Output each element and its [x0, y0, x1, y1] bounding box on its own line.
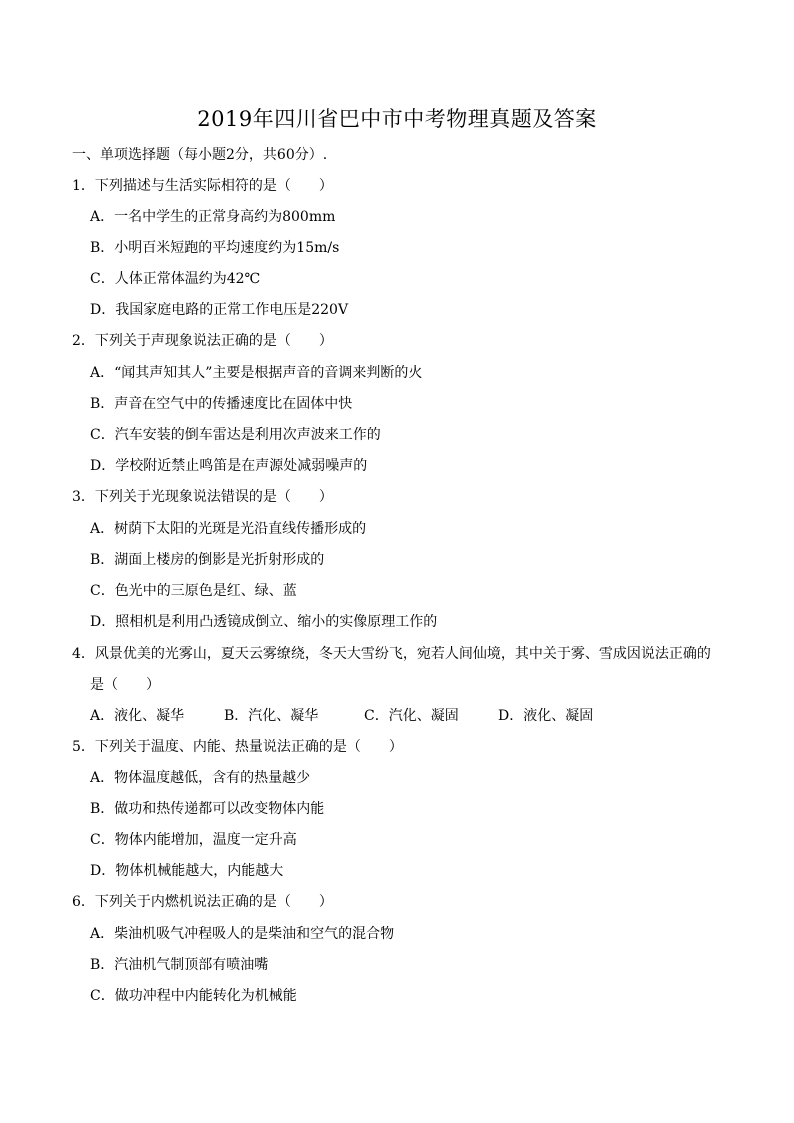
question-2-stem: 2．下列关于声现象说法正确的是（ ）: [72, 331, 333, 351]
question-5-option-b: B．做功和热传递都可以改变物体内能: [90, 799, 324, 819]
question-4-option-d: D．液化、凝固: [498, 706, 593, 726]
question-6-option-c: C．做功冲程中内能转化为机械能: [90, 986, 297, 1006]
question-3-option-c: C．色光中的三原色是红、绿、蓝: [90, 581, 297, 601]
question-2-option-c: C．汽车安装的倒车雷达是利用次声波来工作的: [90, 425, 381, 445]
question-number: 6．: [72, 894, 95, 910]
question-3-option-b: B．湖面上楼房的倒影是光折射形成的: [90, 550, 324, 570]
question-text: 下列关于声现象说法正确的是（ ）: [95, 333, 333, 349]
question-text: 风景优美的光雾山，夏天云雾缭绕，冬天大雪纷飞，宛若人间仙境，其中关于雾、雪成因说…: [95, 646, 711, 662]
question-2-option-a: A．“闻其声知其人”主要是根据声音的音调来判断的火: [90, 363, 422, 383]
question-5-option-d: D．物体机械能越大，内能越大: [90, 861, 283, 881]
question-3-option-a: A．树荫下太阳的光斑是光沿直线传播形成的: [90, 519, 366, 539]
question-text: 下列关于温度、内能、热量说法正确的是（ ）: [95, 739, 403, 755]
question-6-option-b: B．汽油机气制顶部有喷油嘴: [90, 955, 268, 975]
question-3-stem: 3．下列关于光现象说法错误的是（ ）: [72, 487, 333, 507]
document-title: 2019年四川省巴中市中考物理真题及答案: [0, 104, 794, 134]
question-4-option-a: A．液化、凝华: [90, 706, 224, 726]
section-heading: 一、单项选择题（每小题2分，共60分）.: [72, 145, 327, 165]
question-number: 3．: [72, 489, 95, 505]
question-text: 下列关于内燃机说法正确的是（ ）: [95, 894, 333, 910]
question-4-stem: 4．风景优美的光雾山，夏天云雾缭绕，冬天大雪纷飞，宛若人间仙境，其中关于雾、雪成…: [72, 644, 711, 664]
question-6-option-a: A．柴油机吸气冲程吸人的是柴油和空气的混合物: [90, 924, 394, 944]
question-number: 1．: [72, 178, 95, 194]
question-5-option-a: A．物体温度越低，含有的热量越少: [90, 768, 310, 788]
question-1-option-d: D．我国家庭电路的正常工作电压是220V: [90, 300, 348, 320]
question-number: 4．: [72, 646, 95, 662]
question-6-stem: 6．下列关于内燃机说法正确的是（ ）: [72, 892, 333, 912]
question-3-option-d: D．照相机是利用凸透镜成倒立、缩小的实像原理工作的: [90, 612, 437, 632]
question-2-option-d: D．学校附近禁止鸣笛是在声源处减弱噪声的: [90, 456, 367, 476]
question-1-option-c: C．人体正常体温约为42℃: [90, 269, 260, 289]
document-page: 2019年四川省巴中市中考物理真题及答案 一、单项选择题（每小题2分，共60分）…: [0, 0, 794, 1123]
question-5-stem: 5．下列关于温度、内能、热量说法正确的是（ ）: [72, 737, 403, 757]
question-5-option-c: C．物体内能增加，温度一定升高: [90, 830, 297, 850]
question-number: 2．: [72, 333, 95, 349]
question-text: 下列描述与生活实际相符的是（ ）: [95, 178, 333, 194]
question-4-options: A．液化、凝华B．汽化、凝华C．汽化、凝固D．液化、凝固: [90, 706, 593, 726]
question-1-option-a: A．一名中学生的正常身高约为800mm: [90, 207, 335, 227]
question-text: 下列关于光现象说法错误的是（ ）: [95, 489, 333, 505]
question-4-stem-continued: 是（ ）: [90, 675, 160, 695]
question-4-option-b: B．汽化、凝华: [224, 706, 364, 726]
question-4-option-c: C．汽化、凝固: [364, 706, 498, 726]
question-1-option-b: B．小明百米短跑的平均速度约为15m/s: [90, 238, 339, 258]
question-number: 5．: [72, 739, 95, 755]
question-1-stem: 1．下列描述与生活实际相符的是（ ）: [72, 176, 333, 196]
question-2-option-b: B．声音在空气中的传播速度比在固体中快: [90, 394, 352, 414]
